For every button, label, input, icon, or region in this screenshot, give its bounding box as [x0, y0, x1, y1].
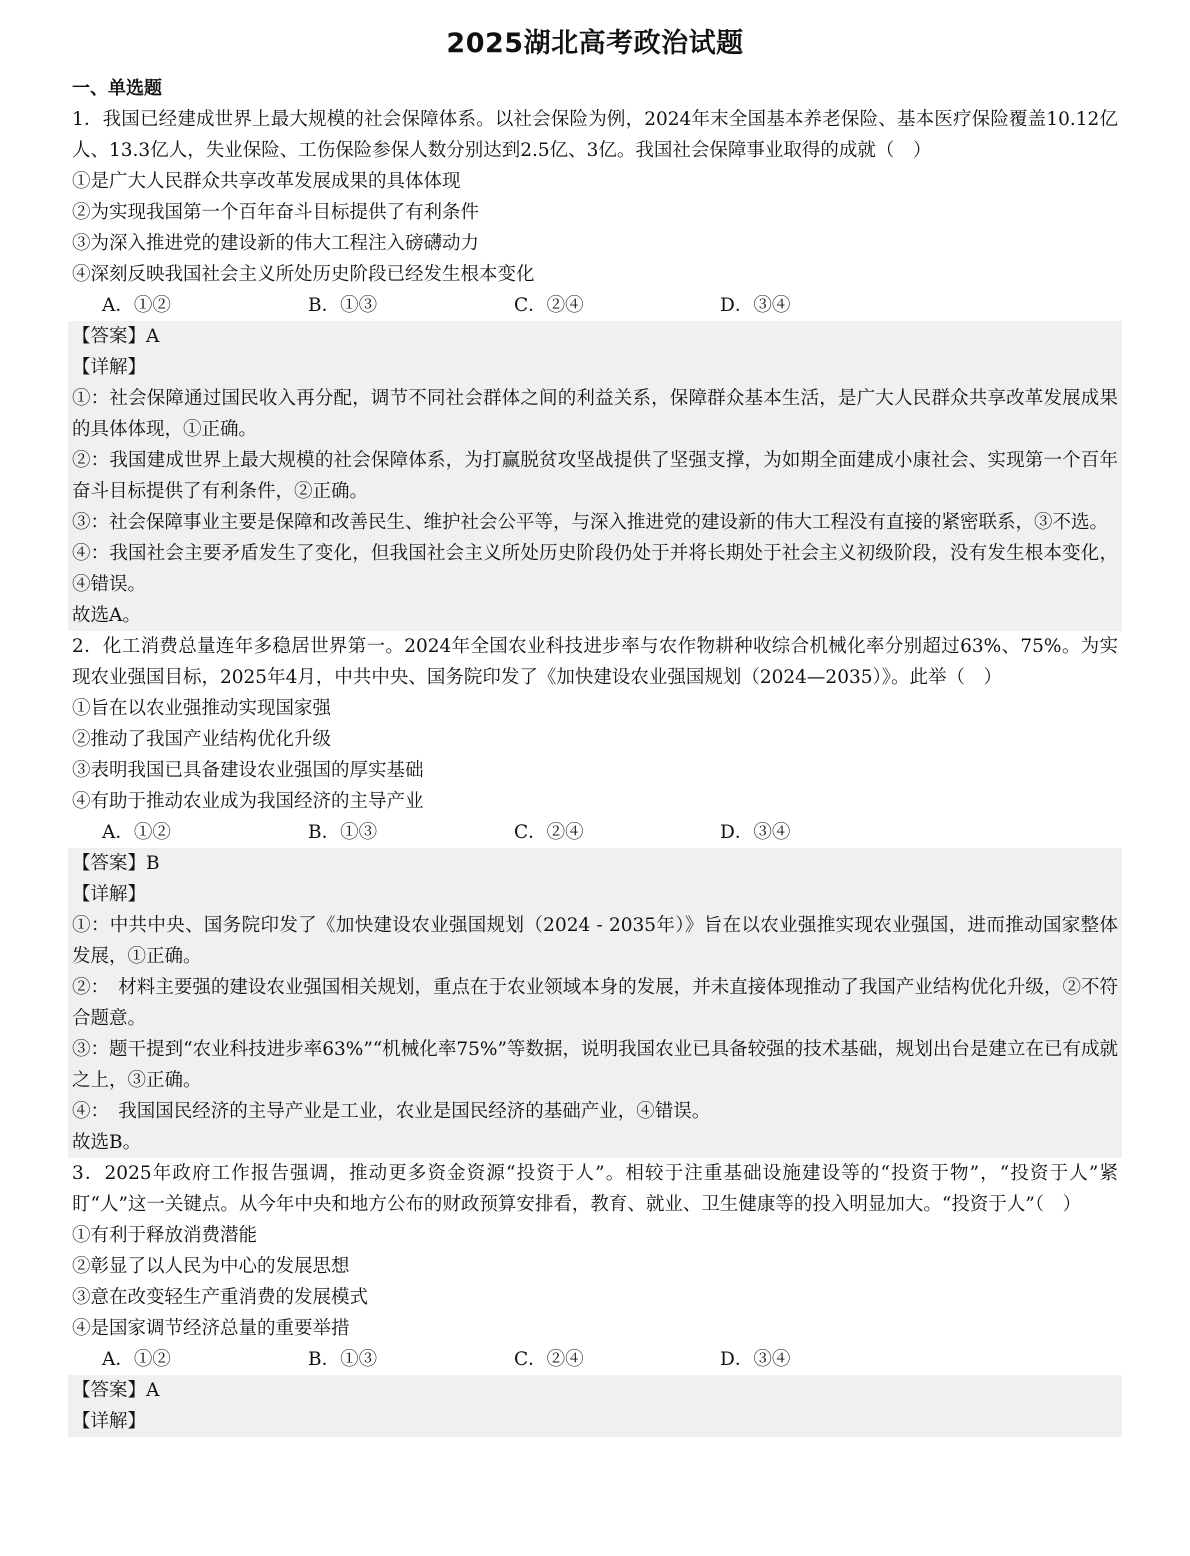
options-row: A．①② B．①③ C．②④ D．③④: [68, 290, 1122, 321]
option-a: A．①②: [102, 817, 308, 848]
detail-line: ④：我国社会主要矛盾发生了变化，但我国社会主义所处历史阶段仍处于并将长期处于社会…: [68, 538, 1122, 600]
option-a: A．①②: [102, 290, 308, 321]
option-c: C．②④: [514, 817, 720, 848]
option-c: C．②④: [514, 1344, 720, 1375]
option-b: B．①③: [308, 817, 514, 848]
option-b: B．①③: [308, 1344, 514, 1375]
statement: ③为深入推进党的建设新的伟大工程注入磅礴动力: [68, 228, 1122, 259]
statement: ③意在改变轻生产重消费的发展模式: [68, 1282, 1122, 1313]
statement: ②推动了我国产业结构优化升级: [68, 724, 1122, 755]
answer-label: 【答案】B: [68, 848, 1122, 879]
statement: ②彰显了以人民为中心的发展思想: [68, 1251, 1122, 1282]
option-d: D．③④: [720, 290, 926, 321]
statement: ④有助于推动农业成为我国经济的主导产业: [68, 786, 1122, 817]
detail-conclusion: 故选B。: [68, 1127, 1122, 1158]
answer-block: 【答案】A 【详解】 ①：社会保障通过国民收入再分配，调节不同社会群体之间的利益…: [68, 321, 1122, 631]
exam-page: 2025湖北高考政治试题 一、单选题 1．我国已经建成世界上最大规模的社会保障体…: [68, 22, 1122, 1437]
detail-line: ③：社会保障事业主要是保障和改善民生、维护社会公平等，与深入推进党的建设新的伟大…: [68, 507, 1122, 538]
statement: ②为实现我国第一个百年奋斗目标提供了有利条件: [68, 197, 1122, 228]
detail-line: ②：我国建成世界上最大规模的社会保障体系，为打赢脱贫攻坚战提供了坚强支撑，为如期…: [68, 445, 1122, 507]
section-heading: 一、单选题: [68, 74, 1122, 104]
answer-block: 【答案】A 【详解】: [68, 1375, 1122, 1437]
detail-label: 【详解】: [68, 352, 1122, 383]
detail-line: ①：中共中央、国务院印发了《加快建设农业强国规划（2024 - 2035年）》旨…: [68, 910, 1122, 972]
statement: ①是广大人民群众共享改革发展成果的具体体现: [68, 166, 1122, 197]
question-1: 1．我国已经建成世界上最大规模的社会保障体系。以社会保险为例，2024年末全国基…: [68, 104, 1122, 631]
detail-line: ③：题干提到“农业科技进步率63%”“机械化率75%”等数据，说明我国农业已具备…: [68, 1034, 1122, 1096]
answer-label: 【答案】A: [68, 1375, 1122, 1406]
question-stem: 3．2025年政府工作报告强调，推动更多资金资源“投资于人”。相较于注重基础设施…: [68, 1158, 1122, 1220]
question-stem: 2．化工消费总量连年多稳居世界第一。2024年全国农业科技进步率与农作物耕种收综…: [68, 631, 1122, 693]
answer-block: 【答案】B 【详解】 ①：中共中央、国务院印发了《加快建设农业强国规划（2024…: [68, 848, 1122, 1158]
options-row: A．①② B．①③ C．②④ D．③④: [68, 817, 1122, 848]
option-b: B．①③: [308, 290, 514, 321]
option-a: A．①②: [102, 1344, 308, 1375]
statement: ④是国家调节经济总量的重要举措: [68, 1313, 1122, 1344]
detail-line: ①：社会保障通过国民收入再分配，调节不同社会群体之间的利益关系，保障群众基本生活…: [68, 383, 1122, 445]
statement: ④深刻反映我国社会主义所处历史阶段已经发生根本变化: [68, 259, 1122, 290]
page-title: 2025湖北高考政治试题: [68, 22, 1122, 66]
question-2: 2．化工消费总量连年多稳居世界第一。2024年全国农业科技进步率与农作物耕种收综…: [68, 631, 1122, 1158]
option-d: D．③④: [720, 1344, 926, 1375]
detail-line: ②： 材料主要强的建设农业强国相关规划，重点在于农业领域本身的发展，并未直接体现…: [68, 972, 1122, 1034]
statement: ③表明我国已具备建设农业强国的厚实基础: [68, 755, 1122, 786]
option-d: D．③④: [720, 817, 926, 848]
statement: ①旨在以农业强推动实现国家强: [68, 693, 1122, 724]
question-3: 3．2025年政府工作报告强调，推动更多资金资源“投资于人”。相较于注重基础设施…: [68, 1158, 1122, 1437]
statement: ①有利于释放消费潜能: [68, 1220, 1122, 1251]
answer-label: 【答案】A: [68, 321, 1122, 352]
options-row: A．①② B．①③ C．②④ D．③④: [68, 1344, 1122, 1375]
detail-label: 【详解】: [68, 1406, 1122, 1437]
option-c: C．②④: [514, 290, 720, 321]
detail-conclusion: 故选A。: [68, 600, 1122, 631]
question-stem: 1．我国已经建成世界上最大规模的社会保障体系。以社会保险为例，2024年末全国基…: [68, 104, 1122, 166]
detail-line: ④： 我国国民经济的主导产业是工业，农业是国民经济的基础产业，④错误。: [68, 1096, 1122, 1127]
detail-label: 【详解】: [68, 879, 1122, 910]
